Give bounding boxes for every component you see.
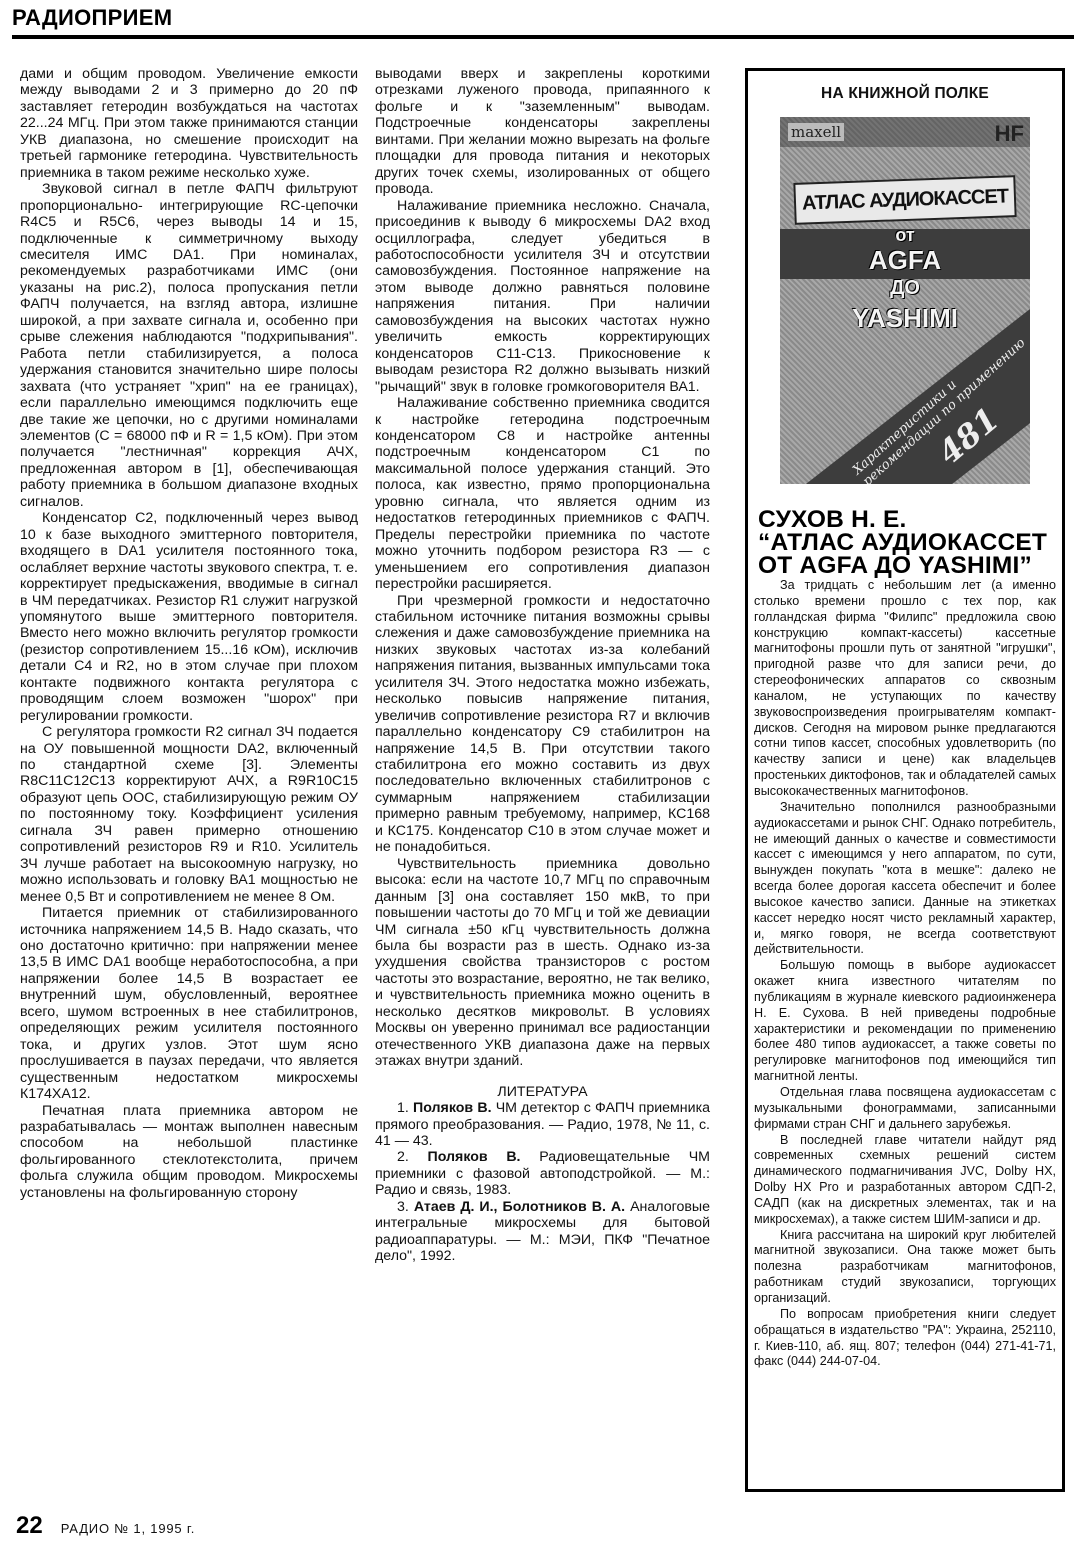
cover-title: АТЛАС АУДИОКАССЕТ: [793, 175, 1016, 225]
cover-from: от: [780, 225, 1030, 246]
cover-yashimi: YASHIMI: [780, 303, 1030, 334]
bookshelf-sidebar: НА КНИЖНОЙ ПОЛКЕ maxell HF АТЛАС АУДИОКА…: [745, 68, 1065, 1492]
paragraph: Большую помощь в выборе аудиокассет окаж…: [754, 958, 1056, 1085]
cover-agfa: AGFA: [780, 245, 1030, 276]
book-author: СУХОВ Н. Е.: [758, 508, 1058, 531]
issue-info: РАДИО № 1, 1995 г.: [61, 1521, 196, 1536]
book-title: СУХОВ Н. Е. “АТЛАС АУДИОКАССЕТ ОТ AGFA Д…: [758, 508, 1058, 577]
paragraph: выводами вверх и закреплены короткими от…: [375, 66, 710, 198]
paragraph: дами и общим проводом. Увеличение емкост…: [20, 66, 358, 181]
reference-number: 3.: [397, 1199, 409, 1215]
paragraph: В последней главе читатели найдут ряд со…: [754, 1133, 1056, 1228]
paragraph: За тридцать с небольшим лет (а именно ст…: [754, 578, 1056, 800]
book-review-text: За тридцать с небольшим лет (а именно ст…: [754, 578, 1056, 1370]
reference-authors: Атаев Д. И., Болотников В. А.: [414, 1199, 625, 1215]
paragraph: Отдельная глава посвящена аудиокассетам …: [754, 1085, 1056, 1133]
reference-authors: Поляков В.: [413, 1100, 491, 1116]
sidebar-heading: НА КНИЖНОЙ ПОЛКЕ: [748, 85, 1062, 103]
paragraph: Конденсатор С2, подключенный через вывод…: [20, 510, 358, 724]
article-column-2: выводами вверх и закреплены короткими от…: [375, 66, 710, 1265]
paragraph: При чрезмерной громкости и недостаточно …: [375, 593, 710, 856]
cover-brand-right: HF: [995, 121, 1024, 147]
cover-to: ДО: [780, 277, 1030, 300]
page-number: 22: [16, 1512, 43, 1540]
paragraph: Чувствительность приемника довольно высо…: [375, 856, 710, 1070]
references-title: ЛИТЕРАТУРА: [375, 1084, 710, 1100]
paragraph: Питается приемник от стабилизированного …: [20, 905, 358, 1102]
paragraph: Налаживание приемника несложно. Сначала,…: [375, 198, 710, 395]
reference-number: 2.: [397, 1149, 409, 1165]
cover-brand: maxell: [788, 123, 844, 141]
reference-item: 2. Поляков В. Радиовещательные ЧМ приемн…: [375, 1149, 710, 1198]
reference-text: Радиовещательные ЧМ приемники с фазовой …: [375, 1149, 710, 1198]
reference-authors: Поляков В.: [428, 1149, 521, 1165]
page-footer: 22 РАДИО № 1, 1995 г.: [16, 1512, 195, 1540]
book-cover-image: maxell HF АТЛАС АУДИОКАССЕТ от AGFA ДО Y…: [780, 117, 1030, 484]
paragraph: Книга рассчитана на широкий круг любител…: [754, 1228, 1056, 1307]
paragraph: Значительно пополнился разнообразными ау…: [754, 800, 1056, 958]
book-title-line: ОТ AGFA ДО YASHIMI”: [758, 554, 1058, 577]
article-column-1: дами и общим проводом. Увеличение емкост…: [20, 66, 358, 1201]
paragraph: Печатная плата приемника автором не разр…: [20, 1103, 358, 1202]
reference-item: 1. Поляков В. ЧМ детектор с ФАПЧ приемни…: [375, 1100, 710, 1149]
paragraph: Налаживание собственно приемника сводитс…: [375, 395, 710, 592]
references: ЛИТЕРАТУРА 1. Поляков В. ЧМ детектор с Ф…: [375, 1084, 710, 1265]
header-rule: [12, 35, 1074, 39]
book-title-line: “АТЛАС АУДИОКАССЕТ: [758, 531, 1058, 554]
section-title: РАДИОПРИЕМ: [12, 4, 1072, 32]
page-header: РАДИОПРИЕМ: [12, 4, 1072, 32]
reference-number: 1.: [397, 1100, 409, 1116]
reference-item: 3. Атаев Д. И., Болотников В. А. Аналого…: [375, 1199, 710, 1265]
paragraph: По вопросам приобретения книги следует о…: [754, 1307, 1056, 1370]
paragraph: С регулятора громкости R2 сигнал ЗЧ пода…: [20, 724, 358, 905]
paragraph: Звуковой сигнал в петле ФАПЧ фильтруют п…: [20, 181, 358, 510]
